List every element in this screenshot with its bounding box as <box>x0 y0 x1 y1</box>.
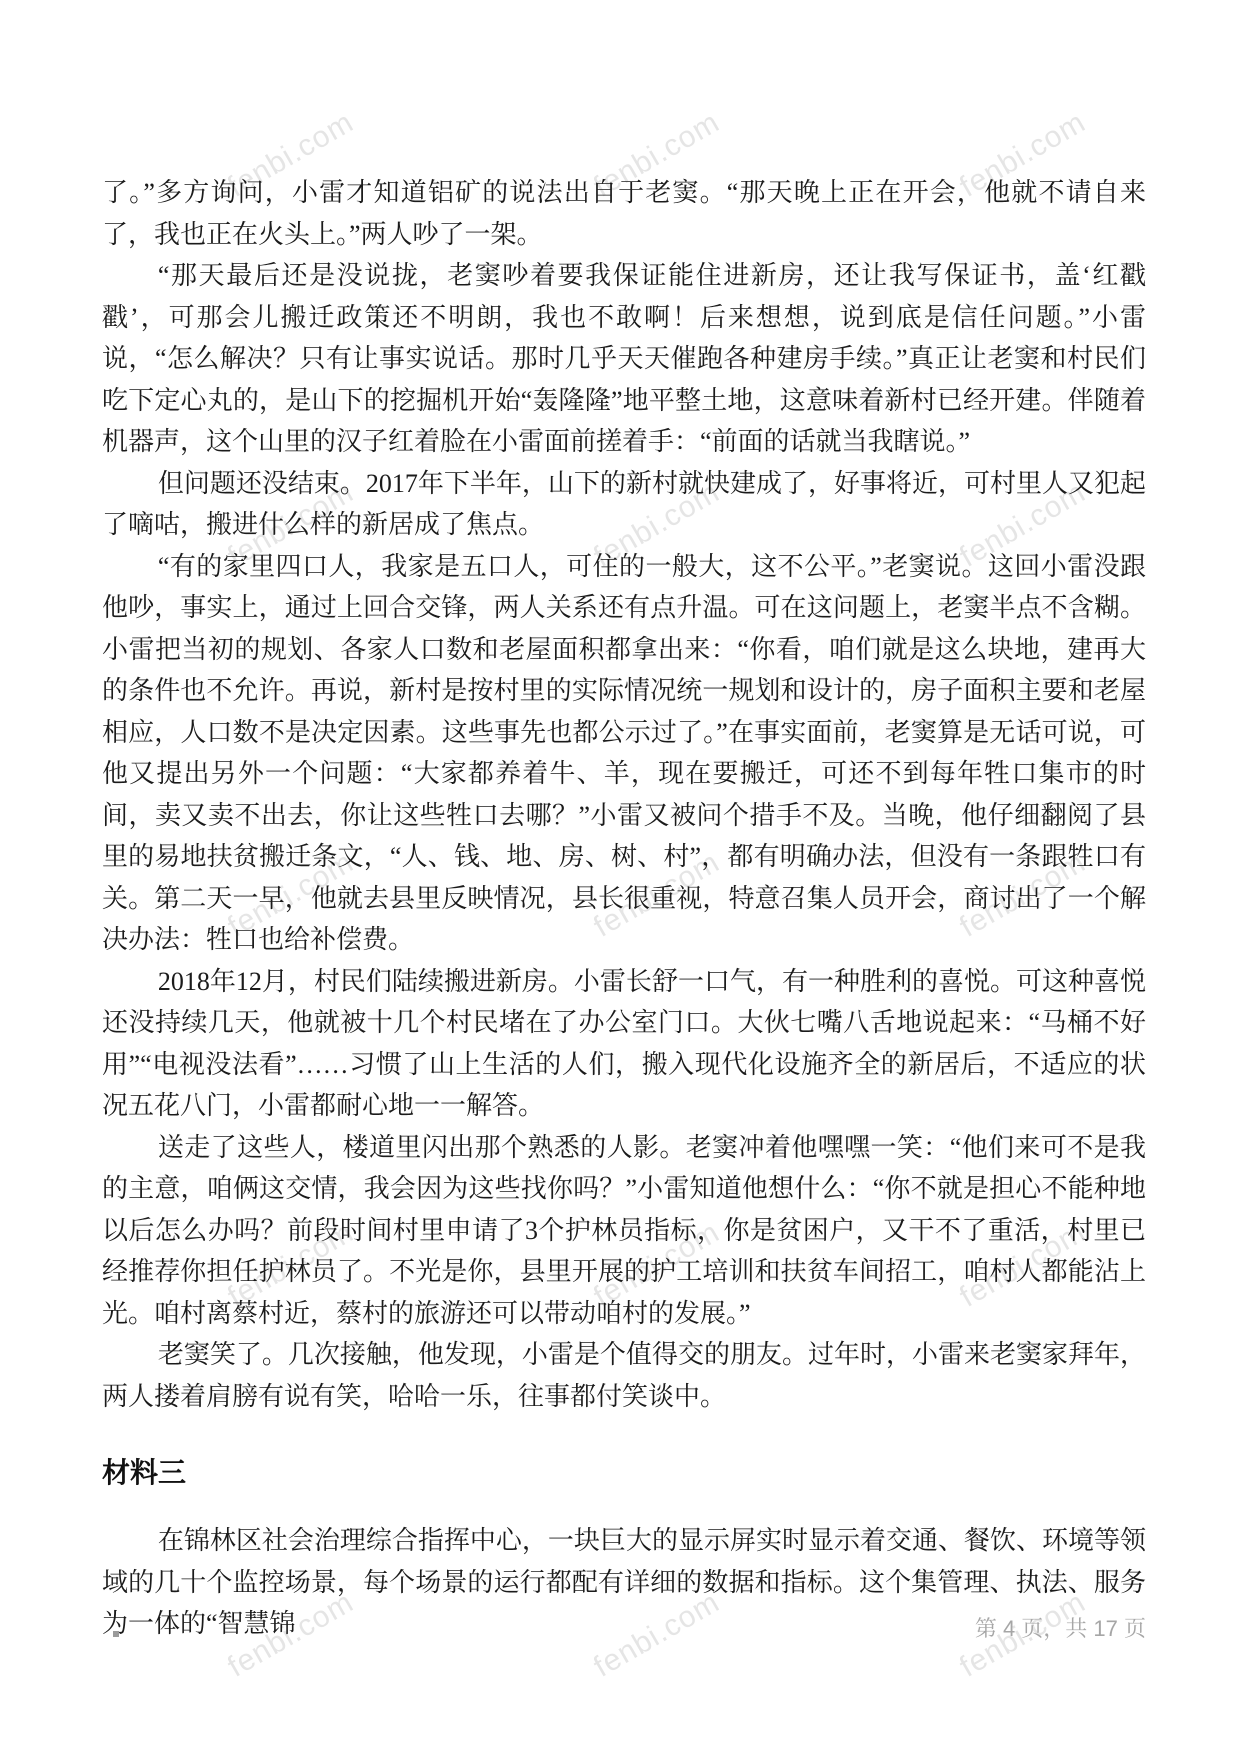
paragraph: 送走了这些人，楼道里闪出那个熟悉的人影。老窦冲着他嘿嘿一笑：“他们来可不是我的主… <box>102 1127 1146 1335</box>
paragraph: “那天最后还是没说拢，老窦吵着要我保证能住进新房，还让我写保证书，盖‘红戳戳’，… <box>102 255 1146 463</box>
document-page: { "watermark": { "text": "fenbi.com", "c… <box>0 0 1240 1754</box>
page-number-indicator: 第 4 页，共 17 页 <box>975 1612 1146 1643</box>
document-body: 了。”多方询问，小雷才知道铝矿的说法出自于老窦。“那天晚上正在开会，他就不请自来… <box>102 172 1146 1645</box>
footer-dot <box>113 1631 119 1637</box>
paragraph: 2018年12月，村民们陆续搬进新房。小雷长舒一口气，有一种胜利的喜悦。可这种喜… <box>102 961 1146 1127</box>
section-heading-material-3: 材料三 <box>102 1455 1146 1491</box>
paragraph: 但问题还没结束。2017年下半年，山下的新村就快建成了，好事将近，可村里人又犯起… <box>102 463 1146 546</box>
paragraph: 老窦笑了。几次接触，他发现，小雷是个值得交的朋友。过年时，小雷来老窦家拜年，两人… <box>102 1334 1146 1417</box>
paragraph: “有的家里四口人，我家是五口人，可住的一般大，这不公平。”老窦说。这回小雷没跟他… <box>102 546 1146 961</box>
paragraph-continued: 了。”多方询问，小雷才知道铝矿的说法出自于老窦。“那天晚上正在开会，他就不请自来… <box>102 172 1146 255</box>
